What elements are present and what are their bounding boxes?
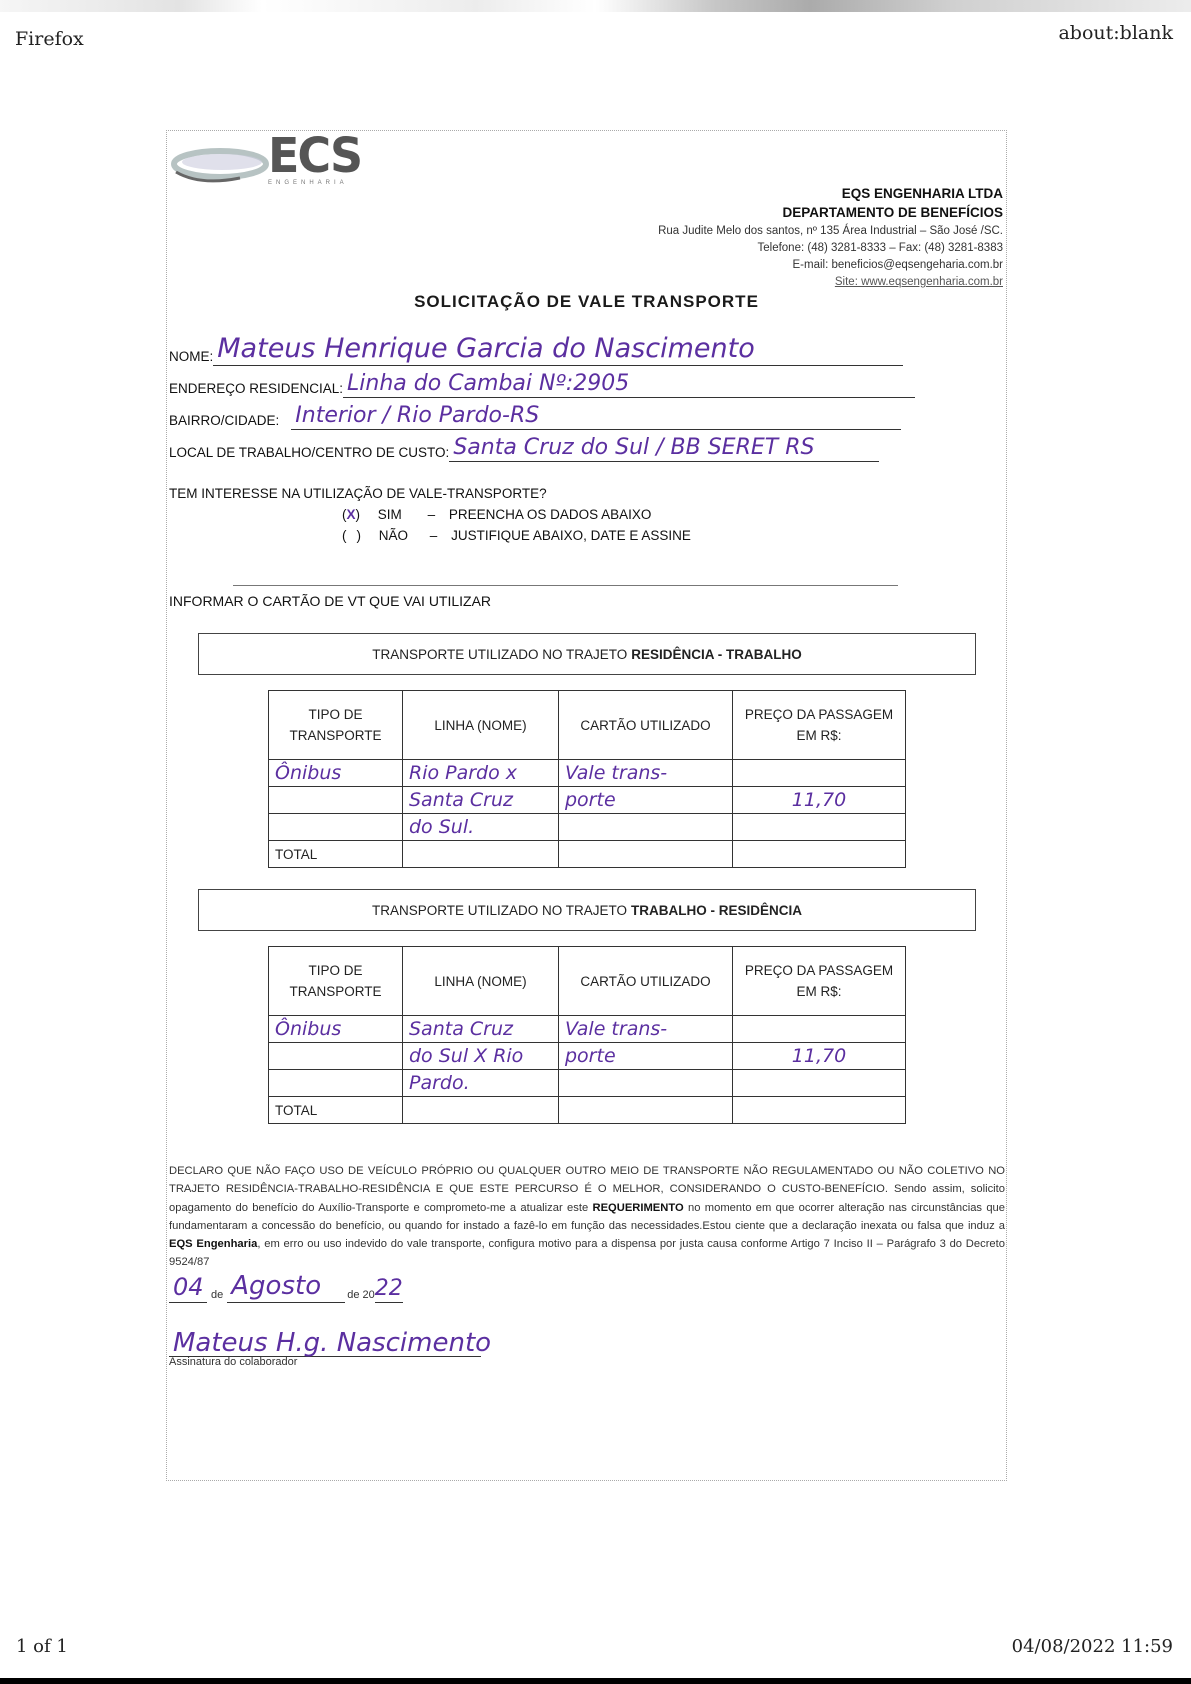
cell-tipo[interactable] bbox=[269, 1043, 403, 1070]
field-local-trabalho: LOCAL DE TRABALHO/CENTRO DE CUSTO: Santa… bbox=[169, 432, 879, 462]
total-row: TOTAL bbox=[269, 841, 906, 868]
field-endereco: ENDEREÇO RESIDENCIAL: Linha do Cambai Nº… bbox=[169, 368, 915, 398]
table-row: do Sul X Rio porte 11,70 bbox=[269, 1043, 906, 1070]
total-cell[interactable] bbox=[559, 841, 733, 868]
column-header: PREÇO DA PASSAGEM EM R$: bbox=[733, 947, 906, 1016]
browser-url: about:blank bbox=[1058, 22, 1173, 44]
company-email: E-mail: beneficios@eqsengeharia.com.br bbox=[793, 259, 1003, 271]
handwritten-value: Linha do Cambai Nº:2905 bbox=[347, 371, 629, 396]
date-day-field[interactable]: 04 bbox=[169, 1272, 207, 1303]
declaration-part: , em erro ou uso indevido do vale transp… bbox=[169, 1238, 1005, 1268]
cell-preco[interactable] bbox=[733, 1016, 906, 1043]
total-cell[interactable] bbox=[403, 1097, 559, 1124]
field-nome: NOME: Mateus Henrique Garcia do Nascimen… bbox=[169, 336, 903, 366]
cell-cartao[interactable] bbox=[559, 814, 733, 841]
option-instruction: JUSTIFIQUE ABAIXO, DATE E ASSINE bbox=[451, 528, 691, 543]
cell-tipo[interactable] bbox=[269, 814, 403, 841]
declaration-text: DECLARO QUE NÃO FAÇO USO DE VEÍCULO PRÓP… bbox=[169, 1162, 1005, 1272]
cell-tipo[interactable] bbox=[269, 787, 403, 814]
print-timestamp: 04/08/2022 11:59 bbox=[1012, 1636, 1173, 1657]
company-department: DEPARTAMENTO DE BENEFÍCIOS bbox=[782, 205, 1003, 220]
total-label: TOTAL bbox=[269, 841, 403, 868]
field-bairro: BAIRRO/CIDADE: Interior / Rio Pardo-RS bbox=[169, 400, 901, 430]
handwritten-signature: Mateus H.g. Nascimento bbox=[173, 1328, 491, 1358]
total-cell[interactable] bbox=[733, 1097, 906, 1124]
cell-cartao[interactable]: Vale trans- bbox=[559, 1016, 733, 1043]
field-label: BAIRRO/CIDADE: bbox=[169, 413, 279, 430]
date-separator: de 20 bbox=[347, 1289, 375, 1303]
transport-table-trabalho-residencia: TIPO DE TRANSPORTE LINHA (NOME) CARTÃO U… bbox=[268, 946, 906, 1124]
handwritten-value: Santa Cruz do Sul / BB SERET RS bbox=[453, 435, 814, 460]
company-name: EQS ENGENHARIA LTDA bbox=[842, 186, 1003, 201]
total-row: TOTAL bbox=[269, 1097, 906, 1124]
cell-linha[interactable]: Santa Cruz bbox=[403, 787, 559, 814]
signature-label: Assinatura do colaborador bbox=[169, 1356, 297, 1368]
option-label: NÃO bbox=[379, 528, 408, 543]
table-row: Ônibus Rio Pardo x Vale trans- bbox=[269, 760, 906, 787]
cell-tipo[interactable]: Ônibus bbox=[269, 1016, 403, 1043]
cell-tipo[interactable] bbox=[269, 1070, 403, 1097]
total-label: TOTAL bbox=[269, 1097, 403, 1124]
section-heading-trabalho-residencia: TRANSPORTE UTILIZADO NO TRAJETO TRABALHO… bbox=[198, 889, 976, 931]
cell-linha[interactable]: do Sul X Rio bbox=[403, 1043, 559, 1070]
handwritten-month: Agosto bbox=[231, 1271, 321, 1301]
option-label: SIM bbox=[378, 507, 402, 522]
section-heading-bold: TRABALHO - RESIDÊNCIA bbox=[631, 903, 802, 918]
cell-preco[interactable] bbox=[733, 1070, 906, 1097]
column-header: TIPO DE TRANSPORTE bbox=[269, 691, 403, 760]
section-heading-residencia-trabalho: TRANSPORTE UTILIZADO NO TRAJETO RESIDÊNC… bbox=[198, 633, 976, 675]
table-row: Pardo. bbox=[269, 1070, 906, 1097]
date-month-field[interactable]: Agosto bbox=[227, 1272, 345, 1303]
logo-wordmark: ECS bbox=[268, 127, 361, 184]
field-label: NOME: bbox=[169, 349, 213, 366]
transport-table-residencia-trabalho: TIPO DE TRANSPORTE LINHA (NOME) CARTÃO U… bbox=[268, 690, 906, 868]
signature-field[interactable]: Mateus H.g. Nascimento bbox=[169, 1320, 481, 1357]
endereco-input[interactable]: Linha do Cambai Nº:2905 bbox=[343, 369, 915, 398]
cell-linha[interactable]: do Sul. bbox=[403, 814, 559, 841]
section-heading-prefix: TRANSPORTE UTILIZADO NO TRAJETO bbox=[372, 903, 627, 918]
nome-input[interactable]: Mateus Henrique Garcia do Nascimento bbox=[213, 337, 903, 366]
column-header: CARTÃO UTILIZADO bbox=[559, 691, 733, 760]
handwritten-day: 04 bbox=[173, 1273, 204, 1301]
option-sim[interactable]: (X) SIM – PREENCHA OS DADOS ABAIXO bbox=[342, 507, 651, 522]
company-phone: Telefone: (48) 3281-8333 – Fax: (48) 328… bbox=[758, 242, 1004, 254]
logo-subtitle: ENGENHARIA bbox=[268, 180, 348, 186]
option-instruction: PREENCHA OS DADOS ABAIXO bbox=[449, 507, 652, 522]
local-trabalho-input[interactable]: Santa Cruz do Sul / BB SERET RS bbox=[449, 433, 879, 462]
table-row: Santa Cruz porte 11,70 bbox=[269, 787, 906, 814]
date-year-field[interactable]: 22 bbox=[375, 1272, 403, 1303]
option-nao[interactable]: () NÃO – JUSTIFIQUE ABAIXO, DATE E ASSIN… bbox=[342, 528, 691, 543]
cell-cartao[interactable]: porte bbox=[559, 1043, 733, 1070]
date-separator: de bbox=[211, 1289, 223, 1303]
declaration-bold: EQS Engenharia bbox=[169, 1238, 257, 1250]
table-row: Ônibus Santa Cruz Vale trans- bbox=[269, 1016, 906, 1043]
cell-cartao[interactable]: porte bbox=[559, 787, 733, 814]
form-title: SOLICITAÇÃO DE VALE TRANSPORTE bbox=[166, 292, 1007, 312]
cell-cartao[interactable]: Vale trans- bbox=[559, 760, 733, 787]
section-heading-bold: RESIDÊNCIA - TRABALHO bbox=[631, 647, 802, 662]
column-header: LINHA (NOME) bbox=[403, 947, 559, 1016]
page-indicator: 1 of 1 bbox=[16, 1636, 68, 1657]
cell-preco[interactable]: 11,70 bbox=[733, 787, 906, 814]
cell-linha[interactable]: Pardo. bbox=[403, 1070, 559, 1097]
column-header: PREÇO DA PASSAGEM EM R$: bbox=[733, 691, 906, 760]
option-sim-mark: X bbox=[347, 507, 356, 522]
cell-preco[interactable] bbox=[733, 760, 906, 787]
cell-cartao[interactable] bbox=[559, 1070, 733, 1097]
scan-artifact-bottom bbox=[0, 1678, 1191, 1684]
company-address: Rua Judite Melo dos santos, nº 135 Área … bbox=[658, 225, 1003, 237]
vt-interest-question: TEM INTERESSE NA UTILIZAÇÃO DE VALE-TRAN… bbox=[169, 486, 547, 501]
section-heading-prefix: TRANSPORTE UTILIZADO NO TRAJETO bbox=[372, 647, 627, 662]
total-cell[interactable] bbox=[403, 841, 559, 868]
inform-card-label: INFORMAR O CARTÃO DE VT QUE VAI UTILIZAR bbox=[169, 593, 491, 609]
handwritten-year: 22 bbox=[375, 1276, 403, 1301]
table-row: do Sul. bbox=[269, 814, 906, 841]
column-header: CARTÃO UTILIZADO bbox=[559, 947, 733, 1016]
cell-tipo[interactable]: Ônibus bbox=[269, 760, 403, 787]
field-label: ENDEREÇO RESIDENCIAL: bbox=[169, 381, 343, 398]
date-row: 04 de Agosto de 20 22 bbox=[169, 1272, 403, 1303]
scan-artifact-top bbox=[0, 0, 1191, 12]
cell-linha[interactable]: Santa Cruz bbox=[403, 1016, 559, 1043]
declaration-bold: REQUERIMENTO bbox=[593, 1202, 684, 1214]
cell-preco[interactable]: 11,70 bbox=[733, 1043, 906, 1070]
handwritten-value: Interior / Rio Pardo-RS bbox=[295, 403, 539, 428]
total-cell[interactable] bbox=[559, 1097, 733, 1124]
company-site: Site: www.eqsengenharia.com.br bbox=[835, 276, 1003, 288]
cell-preco[interactable] bbox=[733, 814, 906, 841]
column-header: LINHA (NOME) bbox=[403, 691, 559, 760]
handwritten-value: Mateus Henrique Garcia do Nascimento bbox=[217, 333, 754, 364]
total-cell[interactable] bbox=[733, 841, 906, 868]
divider bbox=[233, 585, 898, 586]
column-header: TIPO DE TRANSPORTE bbox=[269, 947, 403, 1016]
field-label: LOCAL DE TRABALHO/CENTRO DE CUSTO: bbox=[169, 445, 449, 462]
browser-app-name: Firefox bbox=[15, 28, 84, 50]
bairro-input[interactable]: Interior / Rio Pardo-RS bbox=[291, 401, 901, 430]
logo-swoosh-icon bbox=[170, 138, 270, 190]
cell-linha[interactable]: Rio Pardo x bbox=[403, 760, 559, 787]
